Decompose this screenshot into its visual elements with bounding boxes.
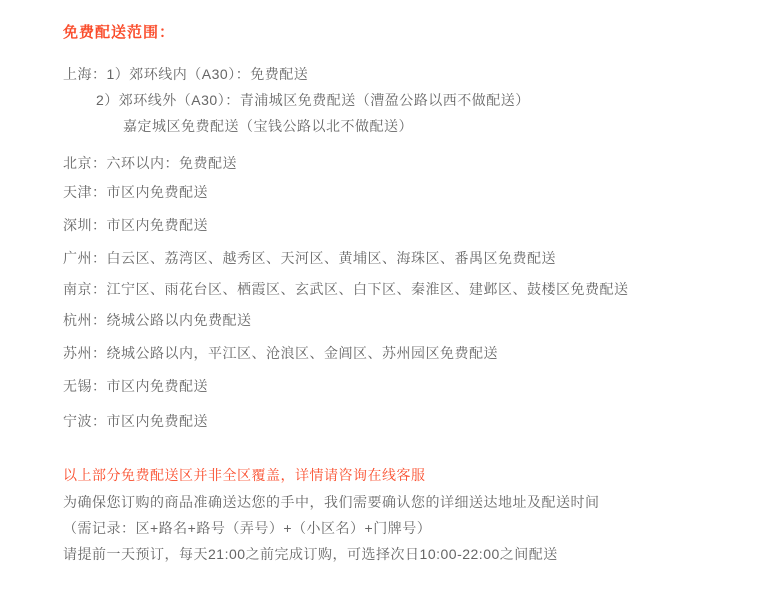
city-line-suzhou: 苏州：绕城公路以内，平江区、沧浪区、金阊区、苏州园区免费配送 bbox=[63, 346, 498, 361]
note-address-format: （需记录：区+路名+路号（弄号）+（小区名）+门牌号） bbox=[63, 521, 431, 536]
note-order-deadline: 请提前一天预订，每天21:00之前完成订购，可选择次日10:00-22:00之间… bbox=[63, 547, 558, 562]
note-address-confirmation: 为确保您订购的商品准确送达您的手中，我们需要确认您的详细送达地址及配送时间 bbox=[63, 495, 600, 510]
city-line-guangzhou: 广州：白云区、荔湾区、越秀区、天河区、黄埔区、海珠区、番禺区免费配送 bbox=[63, 251, 556, 266]
city-line-nanjing: 南京：江宁区、雨花台区、栖霞区、玄武区、白下区、秦淮区、建邺区、鼓楼区免费配送 bbox=[63, 282, 629, 297]
city-line-wuxi: 无锡：市区内免费配送 bbox=[63, 379, 208, 394]
coverage-warning: 以上部分免费配送区并非全区覆盖，详情请咨询在线客服 bbox=[63, 468, 426, 483]
shanghai-line-3: 嘉定城区免费配送（宝钱公路以北不做配送） bbox=[123, 119, 413, 134]
city-line-hangzhou: 杭州：绕城公路以内免费配送 bbox=[63, 313, 252, 328]
city-line-shenzhen: 深圳：市区内免费配送 bbox=[63, 218, 208, 233]
shanghai-line-2: 2）郊环线外（A30）：青浦城区免费配送（漕盈公路以西不做配送） bbox=[96, 93, 530, 108]
city-line-ningbo: 宁波：市区内免费配送 bbox=[63, 414, 208, 429]
city-line-beijing: 北京：六环以内：免费配送 bbox=[63, 156, 237, 171]
delivery-info-panel: 免费配送范围： 上海：1）郊环线内（A30）：免费配送 2）郊环线外（A30）：… bbox=[0, 0, 768, 607]
shanghai-line-1: 上海：1）郊环线内（A30）：免费配送 bbox=[63, 67, 308, 82]
page-title: 免费配送范围： bbox=[63, 24, 175, 41]
city-line-tianjin: 天津：市区内免费配送 bbox=[63, 185, 208, 200]
